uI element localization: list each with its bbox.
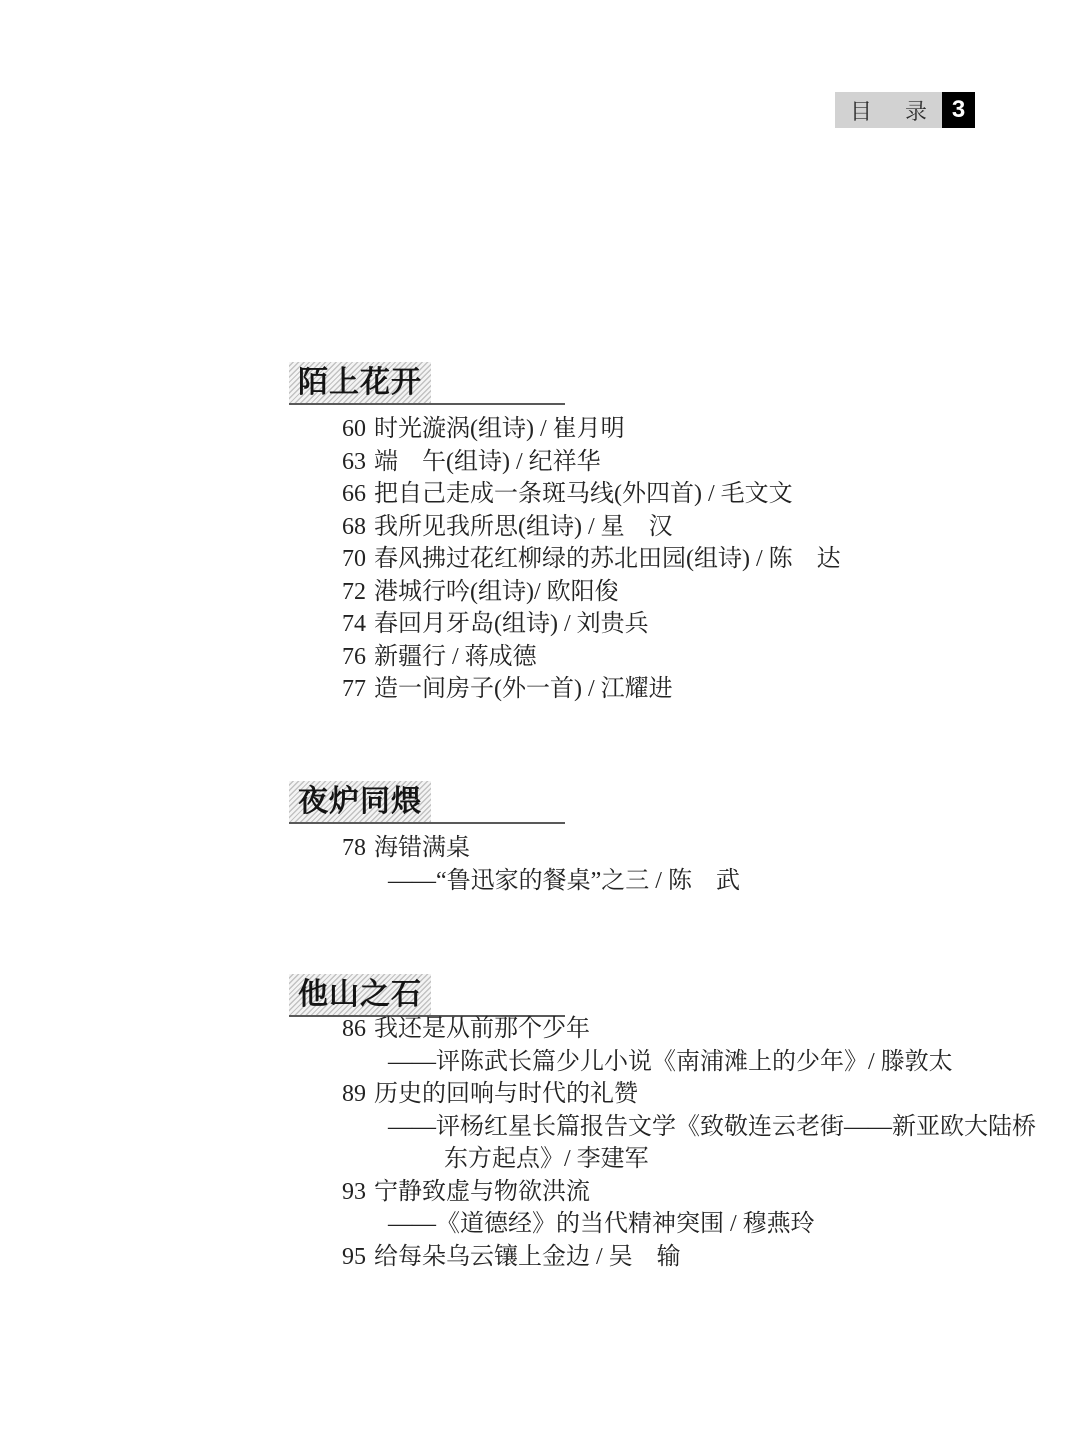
toc-entry: 72港城行吟(组诗)/ 欧阳俊 <box>289 576 1029 609</box>
entry-page-number: 66 <box>342 481 366 507</box>
toc-entry: 74春回月牙岛(组诗) / 刘贵兵 <box>289 608 1029 641</box>
section-header: 夜炉同煨 <box>289 781 565 824</box>
entry-title-text: 造一间房子(外一首) / 江耀进 <box>374 676 673 702</box>
toc-entry: 60时光漩涡(组诗) / 崔月明 <box>289 413 1029 446</box>
entry-title-text: 时光漩涡(组诗) / 崔月明 <box>374 416 625 442</box>
toc-entry: 66把自己走成一条斑马线(外四首) / 毛文文 <box>289 478 1029 511</box>
running-head: 目 录 3 <box>835 92 975 128</box>
toc-entry: 86我还是从前那个少年 <box>289 1013 1029 1046</box>
toc-entry: 70春风拂过花红柳绿的苏北田园(组诗) / 陈 达 <box>289 543 1029 576</box>
entry-page-number: 93 <box>342 1179 366 1205</box>
entry-page-number: 78 <box>342 835 366 861</box>
entry-title-text: ——《道德经》的当代精神突围 / 穆燕玲 <box>388 1211 815 1237</box>
toc-entry: 95给每朵乌云镶上金边 / 吴 输 <box>289 1241 1029 1274</box>
entry-page-number: 76 <box>342 644 366 670</box>
section-title: 夜炉同煨 <box>289 781 431 822</box>
entry-title-text: 宁静致虚与物欲洪流 <box>374 1179 590 1205</box>
entry-page-number: 72 <box>342 579 366 605</box>
entry-page-number: 89 <box>342 1081 366 1107</box>
entry-page-number: 74 <box>342 611 366 637</box>
toc-header-label: 目 录 <box>835 92 942 128</box>
entry-title-text: 给每朵乌云镶上金边 / 吴 输 <box>374 1244 681 1270</box>
entry-page-number: 70 <box>342 546 366 572</box>
entry-title-text: 春回月牙岛(组诗) / 刘贵兵 <box>374 611 649 637</box>
entry-title-text: 历史的回响与时代的礼赞 <box>374 1081 638 1107</box>
page-number-badge: 3 <box>942 92 975 128</box>
entry-title-text: ——评杨红星长篇报告文学《致敬连云老街——新亚欧大陆桥 <box>388 1114 1036 1140</box>
section-header: 陌上花开 <box>289 362 565 405</box>
toc-entry: ——《道德经》的当代精神突围 / 穆燕玲 <box>289 1208 1029 1241</box>
entry-page-number: 95 <box>342 1244 366 1270</box>
toc-entry: ——评陈武长篇少儿小说《南浦滩上的少年》/ 滕敦太 <box>289 1046 1029 1079</box>
entry-title-text: 春风拂过花红柳绿的苏北田园(组诗) / 陈 达 <box>374 546 841 572</box>
entry-title-text: 东方起点》/ 李建军 <box>444 1146 649 1172</box>
entry-page-number: 60 <box>342 416 366 442</box>
toc-list: 86我还是从前那个少年——评陈武长篇少儿小说《南浦滩上的少年》/ 滕敦太89历史… <box>289 1013 1029 1273</box>
toc-list: 60时光漩涡(组诗) / 崔月明63端 午(组诗) / 纪祥华66把自己走成一条… <box>289 413 1029 706</box>
entry-title-text: 把自己走成一条斑马线(外四首) / 毛文文 <box>374 481 793 507</box>
toc-list: 78海错满桌——“鲁迅家的餐桌”之三 / 陈 武 <box>289 832 1029 897</box>
toc-entry: 63端 午(组诗) / 纪祥华 <box>289 446 1029 479</box>
entry-title-text: ——“鲁迅家的餐桌”之三 / 陈 武 <box>388 868 740 894</box>
toc-entry: 89历史的回响与时代的礼赞 <box>289 1078 1029 1111</box>
entry-title-text: 港城行吟(组诗)/ 欧阳俊 <box>374 579 619 605</box>
toc-entry: 77造一间房子(外一首) / 江耀进 <box>289 673 1029 706</box>
toc-entry: 78海错满桌 <box>289 832 1029 865</box>
toc-entry: ——评杨红星长篇报告文学《致敬连云老街——新亚欧大陆桥 <box>289 1111 1029 1144</box>
toc-header-char-mu: 目 <box>850 95 872 126</box>
toc-entry: ——“鲁迅家的餐桌”之三 / 陈 武 <box>289 865 1029 898</box>
entry-page-number: 63 <box>342 449 366 475</box>
entry-page-number: 86 <box>342 1016 366 1042</box>
toc-header-char-lu: 录 <box>905 95 927 126</box>
entry-title-text: 端 午(组诗) / 纪祥华 <box>374 449 601 475</box>
entry-title-text: ——评陈武长篇少儿小说《南浦滩上的少年》/ 滕敦太 <box>388 1049 953 1075</box>
entry-title-text: 我所见我所思(组诗) / 星 汉 <box>374 514 673 540</box>
section-title: 陌上花开 <box>289 362 431 403</box>
entry-page-number: 77 <box>342 676 366 702</box>
entry-title-text: 我还是从前那个少年 <box>374 1016 590 1042</box>
toc-entry: 东方起点》/ 李建军 <box>289 1143 1029 1176</box>
toc-entry: 93宁静致虚与物欲洪流 <box>289 1176 1029 1209</box>
toc-page: 目 录 3 陌上花开60时光漩涡(组诗) / 崔月明63端 午(组诗) / 纪祥… <box>0 0 1080 1436</box>
section-title: 他山之石 <box>289 974 431 1015</box>
entry-title-text: 新疆行 / 蒋成德 <box>374 644 537 670</box>
entry-title-text: 海错满桌 <box>374 835 470 861</box>
toc-entry: 68我所见我所思(组诗) / 星 汉 <box>289 511 1029 544</box>
toc-entry: 76新疆行 / 蒋成德 <box>289 641 1029 674</box>
section-header: 他山之石 <box>289 974 565 1017</box>
entry-page-number: 68 <box>342 514 366 540</box>
